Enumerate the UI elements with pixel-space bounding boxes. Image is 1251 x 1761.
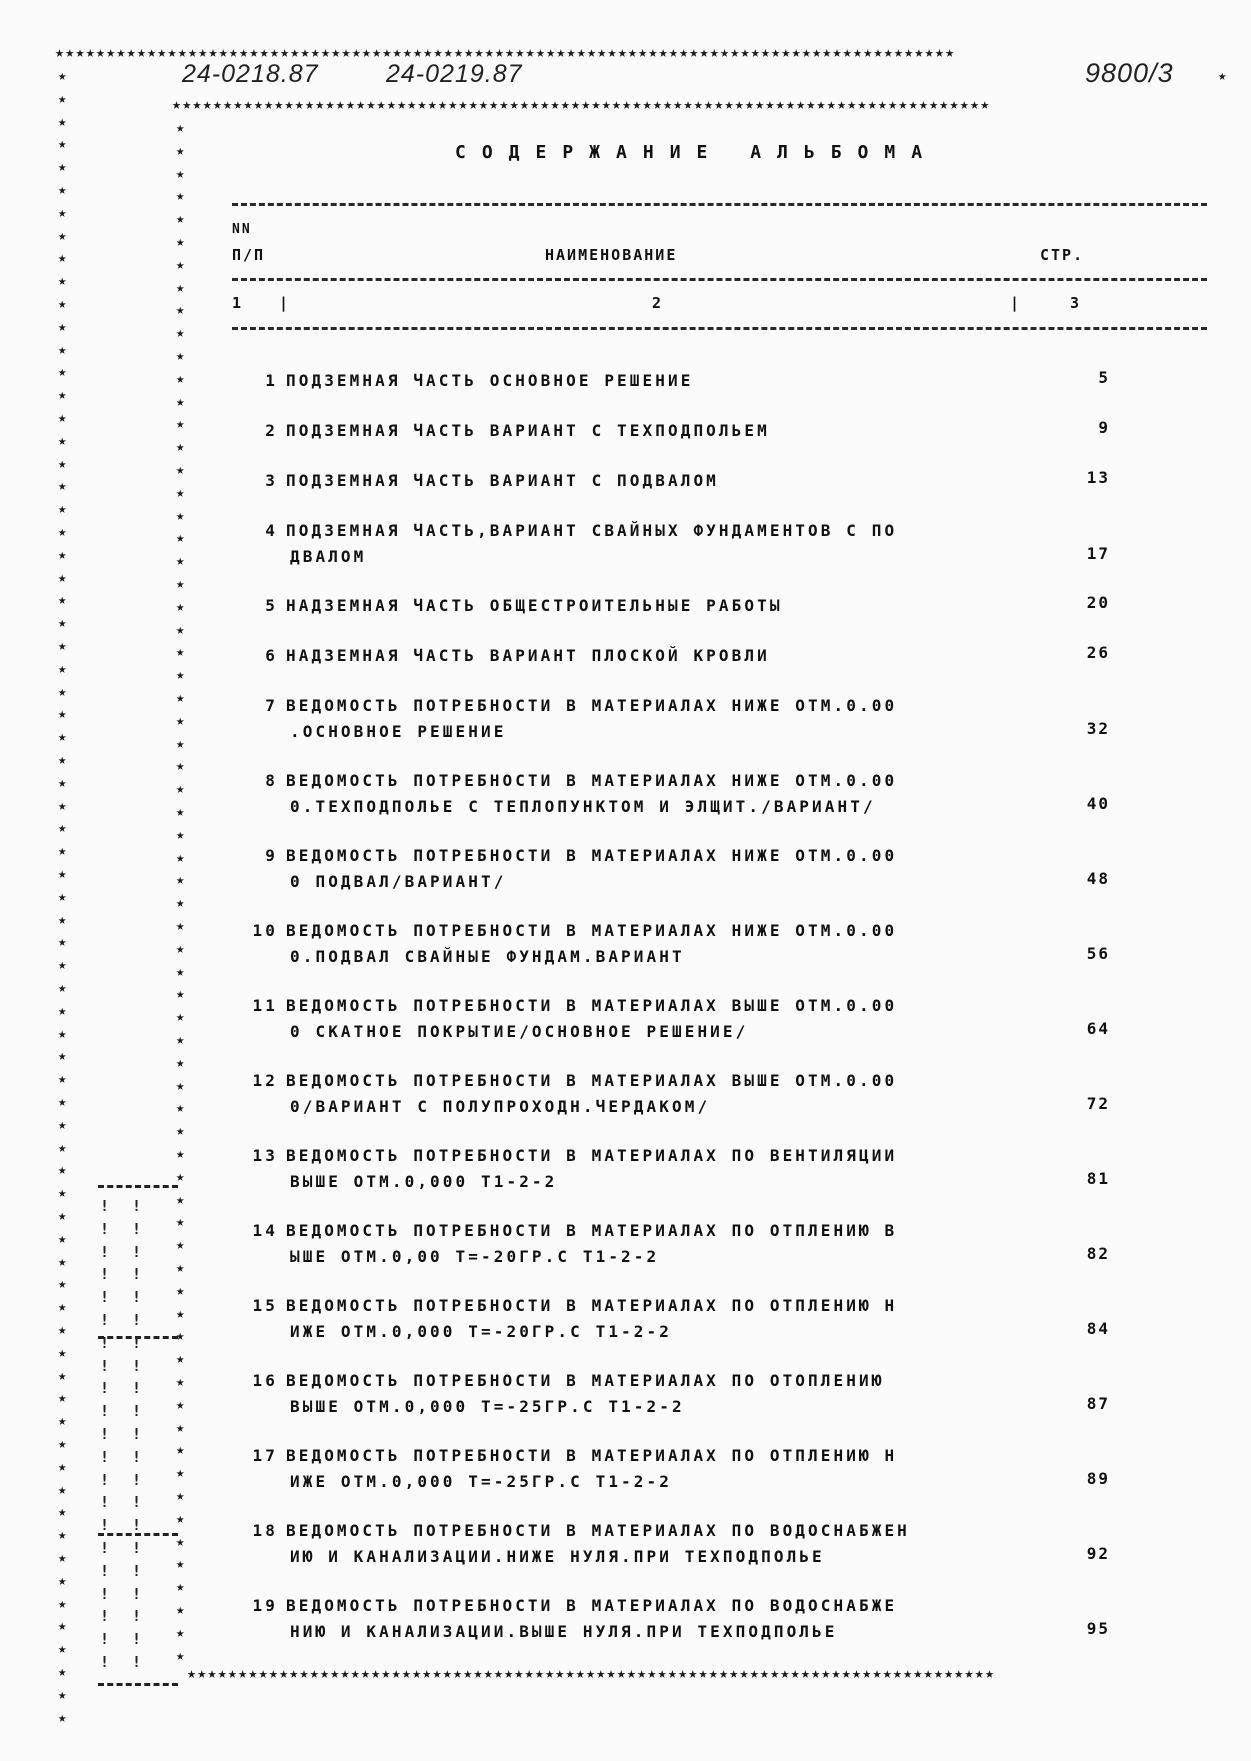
bracket-bar: !	[132, 1244, 141, 1260]
inner-top-star-border: ★★★★★★★★★★★★★★★★★★★★★★★★★★★★★★★★★★★★★★★★…	[172, 96, 1223, 112]
star-mark: ★	[176, 895, 184, 911]
right-edge-star: ★	[1218, 68, 1226, 84]
list-item: 7ВЕДОМОСТЬ ПОТРЕБНОСТИ В МАТЕРИАЛАХ НИЖЕ…	[230, 693, 1110, 745]
col-name-label: НАИМЕНОВАНИЕ	[545, 246, 677, 264]
star-mark: ★	[176, 804, 184, 820]
doc-code-1: 24-0218.87	[182, 60, 319, 89]
star-mark: ★	[176, 1556, 184, 1572]
star-mark: ★	[58, 114, 66, 130]
star-mark: ★	[58, 1710, 66, 1726]
star-mark: ★	[58, 1299, 66, 1315]
star-mark: ★	[58, 1436, 66, 1452]
star-mark: ★	[176, 1055, 184, 1071]
item-title: ПОДЗЕМНАЯ ЧАСТЬ,ВАРИАНТ СВАЙНЫХ ФУНДАМЕН…	[286, 521, 897, 540]
header-rule-bottom	[232, 327, 1207, 330]
item-page-number: 32	[1060, 719, 1110, 738]
star-mark: ★	[176, 143, 184, 159]
item-page-number: 56	[1060, 944, 1110, 963]
bracket-bar: !	[100, 1586, 109, 1602]
star-mark: ★	[58, 524, 66, 540]
star-mark: ★	[176, 576, 184, 592]
star-mark: ★	[58, 68, 66, 84]
bracket-bar: !	[100, 1608, 109, 1624]
item-number: 10	[230, 918, 278, 944]
item-title: ВЕДОМОСТЬ ПОТРЕБНОСТИ В МАТЕРИАЛАХ ПО ОТ…	[286, 1221, 897, 1240]
star-mark: ★	[58, 1573, 66, 1589]
item-title: ВЕДОМОСТЬ ПОТРЕБНОСТИ В МАТЕРИАЛАХ ВЫШЕ …	[286, 1071, 897, 1090]
bracket-bar: !	[132, 1289, 141, 1305]
bracket-bar: !	[100, 1517, 109, 1533]
star-mark: ★	[176, 690, 184, 706]
bracket-bar: !	[100, 1540, 109, 1556]
star-mark: ★	[176, 1237, 184, 1253]
star-mark: ★	[58, 296, 66, 312]
top-star-border: ★★★★★★★★★★★★★★★★★★★★★★★★★★★★★★★★★★★★★★★★…	[55, 44, 1223, 60]
bracket-bar: !	[132, 1403, 141, 1419]
item-page-number: 40	[1060, 794, 1110, 813]
bracket-bar: !	[100, 1244, 109, 1260]
star-mark: ★	[176, 1648, 184, 1664]
list-item: 13ВЕДОМОСТЬ ПОТРЕБНОСТИ В МАТЕРИАЛАХ ПО …	[230, 1143, 1110, 1195]
col-page-label: СТР.	[1040, 246, 1084, 264]
star-mark: ★	[58, 775, 66, 791]
col-num-index: 1	[232, 294, 243, 312]
item-title: НАДЗЕМНАЯ ЧАСТЬ ВАРИАНТ ПЛОСКОЙ КРОВЛИ	[286, 646, 770, 665]
star-mark: ★	[176, 348, 184, 364]
list-item: 10ВЕДОМОСТЬ ПОТРЕБНОСТИ В МАТЕРИАЛАХ НИЖ…	[230, 918, 1110, 970]
bracket-bar: !	[132, 1335, 141, 1351]
star-mark: ★	[58, 1322, 66, 1338]
item-title: НАДЗЕМНАЯ ЧАСТЬ ОБЩЕСТРОИТЕЛЬНЫЕ РАБОТЫ	[286, 596, 783, 615]
star-mark: ★	[176, 1511, 184, 1527]
star-mark: ★	[58, 1618, 66, 1634]
star-mark: ★	[176, 1169, 184, 1185]
bracket-bar: !	[132, 1631, 141, 1647]
doc-code-2: 24-0219.87	[386, 60, 523, 89]
star-mark: ★	[58, 752, 66, 768]
list-item: 3ПОДЗЕМНАЯ ЧАСТЬ ВАРИАНТ С ПОДВАЛОМ	[230, 468, 1110, 494]
item-page-number: 5	[1060, 368, 1110, 387]
star-mark: ★	[58, 1162, 66, 1178]
star-mark: ★	[58, 980, 66, 996]
bracket-bar: !	[132, 1426, 141, 1442]
star-mark: ★	[176, 120, 184, 136]
item-number: 14	[230, 1218, 278, 1244]
star-mark: ★	[58, 387, 66, 403]
item-number: 6	[230, 643, 278, 669]
star-mark: ★	[58, 1482, 66, 1498]
star-mark: ★	[176, 1192, 184, 1208]
item-number: 7	[230, 693, 278, 719]
bracket-bar: !	[100, 1358, 109, 1374]
list-item: 2ПОДЗЕМНАЯ ЧАСТЬ ВАРИАНТ С ТЕХПОДПОЛЬЕМ	[230, 418, 1110, 444]
item-page-number: 13	[1060, 468, 1110, 487]
item-number: 5	[230, 593, 278, 619]
bottom-star-border: ★★★★★★★★★★★★★★★★★★★★★★★★★★★★★★★★★★★★★★★★…	[187, 1665, 1223, 1681]
item-number: 12	[230, 1068, 278, 1094]
col-sep-2: |	[1010, 294, 1021, 312]
star-mark: ★	[176, 622, 184, 638]
star-mark: ★	[176, 827, 184, 843]
star-mark: ★	[58, 729, 66, 745]
item-number: 2	[230, 418, 278, 444]
list-item: 19ВЕДОМОСТЬ ПОТРЕБНОСТИ В МАТЕРИАЛАХ ПО …	[230, 1593, 1110, 1645]
star-mark: ★	[58, 706, 66, 722]
item-page-number: 26	[1060, 643, 1110, 662]
bracket-bar: !	[132, 1540, 141, 1556]
col-num-label-line1: NN	[232, 222, 252, 237]
star-mark: ★	[176, 166, 184, 182]
star-mark: ★	[176, 462, 184, 478]
bracket-bar: !	[100, 1312, 109, 1328]
item-title: ВЕДОМОСТЬ ПОТРЕБНОСТИ В МАТЕРИАЛАХ ПО ВО…	[286, 1521, 910, 1540]
star-mark: ★	[176, 302, 184, 318]
col-page-index: 3	[1070, 294, 1081, 312]
item-title: ВЕДОМОСТЬ ПОТРЕБНОСТИ В МАТЕРИАЛАХ НИЖЕ …	[286, 846, 897, 865]
star-mark: ★	[176, 1306, 184, 1322]
bracket-bar: !	[132, 1563, 141, 1579]
item-number: 4	[230, 518, 278, 544]
star-mark: ★	[176, 1465, 184, 1481]
item-title: ВЕДОМОСТЬ ПОТРЕБНОСТИ В МАТЕРИАЛАХ ПО ВО…	[286, 1596, 897, 1615]
star-mark: ★	[58, 1345, 66, 1361]
bracket-bar: !	[132, 1517, 141, 1533]
bracket-bar: !	[132, 1312, 141, 1328]
star-mark: ★	[176, 439, 184, 455]
star-mark: ★	[176, 1146, 184, 1162]
star-mark: ★	[58, 1117, 66, 1133]
star-mark: ★	[58, 91, 66, 107]
item-page-number: 81	[1060, 1169, 1110, 1188]
star-mark: ★	[176, 508, 184, 524]
star-mark: ★	[176, 1351, 184, 1367]
item-title: ВЕДОМОСТЬ ПОТРЕБНОСТИ В МАТЕРИАЛАХ ПО ОТ…	[286, 1371, 884, 1390]
bracket-bottom-line	[98, 1683, 178, 1686]
star-mark: ★	[58, 205, 66, 221]
item-title: ВЕДОМОСТЬ ПОТРЕБНОСТИ В МАТЕРИАЛАХ ПО ОТ…	[286, 1446, 897, 1465]
list-item: 14ВЕДОМОСТЬ ПОТРЕБНОСТИ В МАТЕРИАЛАХ ПО …	[230, 1218, 1110, 1270]
bracket-bar: !	[132, 1221, 141, 1237]
star-mark: ★	[176, 1488, 184, 1504]
star-mark: ★	[176, 280, 184, 296]
star-mark: ★	[176, 599, 184, 615]
star-mark: ★	[176, 257, 184, 273]
star-mark: ★	[176, 941, 184, 957]
bracket-bar: !	[100, 1631, 109, 1647]
item-number: 18	[230, 1518, 278, 1544]
bracket-bar: !	[100, 1426, 109, 1442]
star-mark: ★	[176, 325, 184, 341]
star-mark: ★	[176, 1009, 184, 1025]
star-mark: ★	[58, 1185, 66, 1201]
star-mark: ★	[58, 889, 66, 905]
bracket-bar: !	[100, 1289, 109, 1305]
item-title: ВЕДОМОСТЬ ПОТРЕБНОСТИ В МАТЕРИАЛАХ ПО ВЕ…	[286, 1146, 897, 1165]
bracket-top-line	[98, 1185, 178, 1188]
bracket-bar: !	[132, 1608, 141, 1624]
item-title-continuation: ИЖЕ ОТМ.0,000 Т=-20ГР.С Т1-2-2	[230, 1319, 1110, 1345]
item-number: 3	[230, 468, 278, 494]
item-number: 16	[230, 1368, 278, 1394]
star-mark: ★	[58, 592, 66, 608]
star-mark: ★	[176, 781, 184, 797]
star-mark: ★	[176, 1442, 184, 1458]
bracket-bar: !	[100, 1266, 109, 1282]
item-page-number: 84	[1060, 1319, 1110, 1338]
star-mark: ★	[58, 1140, 66, 1156]
star-mark: ★	[176, 850, 184, 866]
bracket-bar: !	[132, 1198, 141, 1214]
bracket-bar: !	[132, 1654, 141, 1670]
item-page-number: 17	[1060, 544, 1110, 563]
star-mark: ★	[176, 1420, 184, 1436]
star-mark: ★	[176, 188, 184, 204]
col-num-label-line2: П/П	[232, 246, 265, 264]
star-mark: ★	[58, 1641, 66, 1657]
bracket-bar: !	[132, 1586, 141, 1602]
bracket-bar: !	[100, 1403, 109, 1419]
star-mark: ★	[58, 1026, 66, 1042]
star-mark: ★	[176, 553, 184, 569]
bracket-bar: !	[100, 1335, 109, 1351]
item-page-number: 89	[1060, 1469, 1110, 1488]
star-mark: ★	[58, 250, 66, 266]
star-mark: ★	[58, 1596, 66, 1612]
bracket-bar: !	[100, 1494, 109, 1510]
item-title: ВЕДОМОСТЬ ПОТРЕБНОСТИ В МАТЕРИАЛАХ ПО ОТ…	[286, 1296, 897, 1315]
item-title-continuation: ДВАЛОМ	[230, 544, 1110, 570]
item-title-continuation: 0 СКАТНОЕ ПОКРЫТИЕ/ОСНОВНОЕ РЕШЕНИЕ/	[230, 1019, 1110, 1045]
star-mark: ★	[58, 159, 66, 175]
star-mark: ★	[58, 1368, 66, 1384]
item-page-number: 72	[1060, 1094, 1110, 1113]
header-rule-top	[232, 203, 1207, 206]
star-mark: ★	[176, 416, 184, 432]
star-mark: ★	[58, 501, 66, 517]
star-mark: ★	[176, 1100, 184, 1116]
star-mark: ★	[176, 1260, 184, 1276]
item-number: 17	[230, 1443, 278, 1469]
bracket-bar: !	[100, 1449, 109, 1465]
bracket-bar: !	[100, 1472, 109, 1488]
item-number: 1	[230, 368, 278, 394]
star-mark: ★	[176, 736, 184, 752]
item-page-number: 95	[1060, 1619, 1110, 1638]
star-mark: ★	[58, 182, 66, 198]
star-mark: ★	[58, 570, 66, 586]
item-page-number: 64	[1060, 1019, 1110, 1038]
star-mark: ★	[58, 1687, 66, 1703]
list-item: 15ВЕДОМОСТЬ ПОТРЕБНОСТИ В МАТЕРИАЛАХ ПО …	[230, 1293, 1110, 1345]
item-title-continuation: 0.ТЕХПОДПОЛЬЕ С ТЕПЛОПУНКТОМ И ЭЛЩИТ./ВА…	[230, 794, 1110, 820]
star-mark: ★	[58, 136, 66, 152]
star-mark: ★	[58, 912, 66, 928]
item-title-continuation: НИЮ И КАНАЛИЗАЦИИ.ВЫШЕ НУЛЯ.ПРИ ТЕХПОДПО…	[230, 1619, 1110, 1645]
star-mark: ★	[58, 1459, 66, 1475]
star-mark: ★	[176, 1214, 184, 1230]
star-mark: ★	[176, 1283, 184, 1299]
star-mark: ★	[176, 371, 184, 387]
list-item: 8ВЕДОМОСТЬ ПОТРЕБНОСТИ В МАТЕРИАЛАХ НИЖЕ…	[230, 768, 1110, 820]
star-mark: ★	[58, 319, 66, 335]
star-mark: ★	[58, 934, 66, 950]
item-page-number: 82	[1060, 1244, 1110, 1263]
col-sep-1: |	[279, 294, 290, 312]
star-mark: ★	[176, 530, 184, 546]
item-page-number: 48	[1060, 869, 1110, 888]
star-mark: ★	[176, 211, 184, 227]
star-mark: ★	[176, 758, 184, 774]
star-mark: ★	[58, 1094, 66, 1110]
star-mark: ★	[58, 798, 66, 814]
star-mark: ★	[58, 1276, 66, 1292]
item-title-continuation: ВЫШЕ ОТМ.0,000 Т1-2-2	[230, 1169, 1110, 1195]
item-title-continuation: ЫШЕ ОТМ.0,00 Т=-20ГР.С Т1-2-2	[230, 1244, 1110, 1270]
item-title: ПОДЗЕМНАЯ ЧАСТЬ ВАРИАНТ С ПОДВАЛОМ	[286, 471, 719, 490]
star-mark: ★	[58, 866, 66, 882]
star-mark: ★	[58, 1003, 66, 1019]
star-mark: ★	[176, 1374, 184, 1390]
bracket-bar: !	[100, 1654, 109, 1670]
item-title-continuation: ВЫШЕ ОТМ.0,000 Т=-25ГР.С Т1-2-2	[230, 1394, 1110, 1420]
star-mark: ★	[176, 964, 184, 980]
star-mark: ★	[58, 547, 66, 563]
star-mark: ★	[58, 684, 66, 700]
sheet-ref: 9800/3	[1085, 58, 1174, 89]
item-title: ВЕДОМОСТЬ ПОТРЕБНОСТИ В МАТЕРИАЛАХ НИЖЕ …	[286, 696, 897, 715]
star-mark: ★	[58, 478, 66, 494]
bracket-bar: !	[132, 1494, 141, 1510]
bracket-bar: !	[100, 1198, 109, 1214]
item-title-continuation: ИЮ И КАНАЛИЗАЦИИ.НИЖЕ НУЛЯ.ПРИ ТЕХПОДПОЛ…	[230, 1544, 1110, 1570]
list-item: 6НАДЗЕМНАЯ ЧАСТЬ ВАРИАНТ ПЛОСКОЙ КРОВЛИ	[230, 643, 1110, 669]
star-mark: ★	[58, 228, 66, 244]
star-mark: ★	[58, 273, 66, 289]
bracket-bar: !	[132, 1358, 141, 1374]
item-number: 8	[230, 768, 278, 794]
item-title-continuation: .ОСНОВНОЕ РЕШЕНИЕ	[230, 719, 1110, 745]
list-item: 4ПОДЗЕМНАЯ ЧАСТЬ,ВАРИАНТ СВАЙНЫХ ФУНДАМЕ…	[230, 518, 1110, 570]
star-mark: ★	[176, 986, 184, 1002]
item-number: 11	[230, 993, 278, 1019]
item-title-continuation: 0 ПОДВАЛ/ВАРИАНТ/	[230, 869, 1110, 895]
item-title-continuation: ИЖЕ ОТМ.0,000 Т=-25ГР.С Т1-2-2	[230, 1469, 1110, 1495]
item-number: 9	[230, 843, 278, 869]
star-mark: ★	[176, 485, 184, 501]
bracket-bar: !	[100, 1221, 109, 1237]
list-item: 12ВЕДОМОСТЬ ПОТРЕБНОСТИ В МАТЕРИАЛАХ ВЫШ…	[230, 1068, 1110, 1120]
star-mark: ★	[58, 410, 66, 426]
item-title: ВЕДОМОСТЬ ПОТРЕБНОСТИ В МАТЕРИАЛАХ ВЫШЕ …	[286, 996, 897, 1015]
item-number: 13	[230, 1143, 278, 1169]
list-item: 16ВЕДОМОСТЬ ПОТРЕБНОСТИ В МАТЕРИАЛАХ ПО …	[230, 1368, 1110, 1420]
header-rule-middle	[232, 278, 1207, 281]
bracket-bar: !	[132, 1472, 141, 1488]
item-title-continuation: 0/ВАРИАНТ С ПОЛУПРОХОДН.ЧЕРДАКОМ/	[230, 1094, 1110, 1120]
star-mark: ★	[58, 342, 66, 358]
page-title: СОДЕРЖАНИЕ АЛЬБОМА	[455, 142, 938, 163]
star-mark: ★	[58, 433, 66, 449]
item-page-number: 20	[1060, 593, 1110, 612]
star-mark: ★	[176, 234, 184, 250]
star-mark: ★	[58, 957, 66, 973]
item-page-number: 9	[1060, 418, 1110, 437]
star-mark: ★	[58, 1527, 66, 1543]
star-mark: ★	[58, 364, 66, 380]
list-item: 17ВЕДОМОСТЬ ПОТРЕБНОСТИ В МАТЕРИАЛАХ ПО …	[230, 1443, 1110, 1495]
star-mark: ★	[58, 456, 66, 472]
star-mark: ★	[58, 1504, 66, 1520]
star-mark: ★	[58, 1048, 66, 1064]
star-mark: ★	[176, 1602, 184, 1618]
star-mark: ★	[176, 1397, 184, 1413]
star-mark: ★	[58, 820, 66, 836]
star-mark: ★	[58, 615, 66, 631]
star-mark: ★	[58, 1208, 66, 1224]
item-page-number: 92	[1060, 1544, 1110, 1563]
item-number: 19	[230, 1593, 278, 1619]
bracket-bar: !	[100, 1563, 109, 1579]
star-mark: ★	[58, 661, 66, 677]
star-mark: ★	[58, 1550, 66, 1566]
item-title: ВЕДОМОСТЬ ПОТРЕБНОСТИ В МАТЕРИАЛАХ НИЖЕ …	[286, 771, 897, 790]
item-title: ВЕДОМОСТЬ ПОТРЕБНОСТИ В МАТЕРИАЛАХ НИЖЕ …	[286, 921, 897, 940]
star-mark: ★	[176, 872, 184, 888]
star-mark: ★	[176, 1032, 184, 1048]
bracket-bar: !	[132, 1449, 141, 1465]
col-name-index: 2	[652, 294, 663, 312]
item-page-number: 87	[1060, 1394, 1110, 1413]
star-mark: ★	[176, 1078, 184, 1094]
star-mark: ★	[176, 394, 184, 410]
item-title-continuation: 0.ПОДВАЛ СВАЙНЫЕ ФУНДАМ.ВАРИАНТ	[230, 944, 1110, 970]
star-mark: ★	[58, 843, 66, 859]
star-mark: ★	[58, 638, 66, 654]
star-mark: ★	[176, 918, 184, 934]
item-title: ПОДЗЕМНАЯ ЧАСТЬ ОСНОВНОЕ РЕШЕНИЕ	[286, 371, 693, 390]
star-mark: ★	[176, 1123, 184, 1139]
star-mark: ★	[176, 667, 184, 683]
bracket-bar: !	[132, 1266, 141, 1282]
list-item: 9ВЕДОМОСТЬ ПОТРЕБНОСТИ В МАТЕРИАЛАХ НИЖЕ…	[230, 843, 1110, 895]
bracket-bar: !	[132, 1380, 141, 1396]
star-mark: ★	[176, 1579, 184, 1595]
list-item: 18ВЕДОМОСТЬ ПОТРЕБНОСТИ В МАТЕРИАЛАХ ПО …	[230, 1518, 1110, 1570]
star-mark: ★	[58, 1664, 66, 1680]
item-title: ПОДЗЕМНАЯ ЧАСТЬ ВАРИАНТ С ТЕХПОДПОЛЬЕМ	[286, 421, 770, 440]
list-item: 11ВЕДОМОСТЬ ПОТРЕБНОСТИ В МАТЕРИАЛАХ ВЫШ…	[230, 993, 1110, 1045]
item-number: 15	[230, 1293, 278, 1319]
star-mark: ★	[176, 1625, 184, 1641]
bracket-bar: !	[100, 1380, 109, 1396]
list-item: 1ПОДЗЕМНАЯ ЧАСТЬ ОСНОВНОЕ РЕШЕНИЕ	[230, 368, 1110, 394]
list-item: 5НАДЗЕМНАЯ ЧАСТЬ ОБЩЕСТРОИТЕЛЬНЫЕ РАБОТЫ	[230, 593, 1110, 619]
star-mark: ★	[176, 713, 184, 729]
star-mark: ★	[176, 644, 184, 660]
star-mark: ★	[58, 1231, 66, 1247]
star-mark: ★	[58, 1071, 66, 1087]
star-mark: ★	[58, 1390, 66, 1406]
star-mark: ★	[58, 1254, 66, 1270]
star-mark: ★	[58, 1413, 66, 1429]
